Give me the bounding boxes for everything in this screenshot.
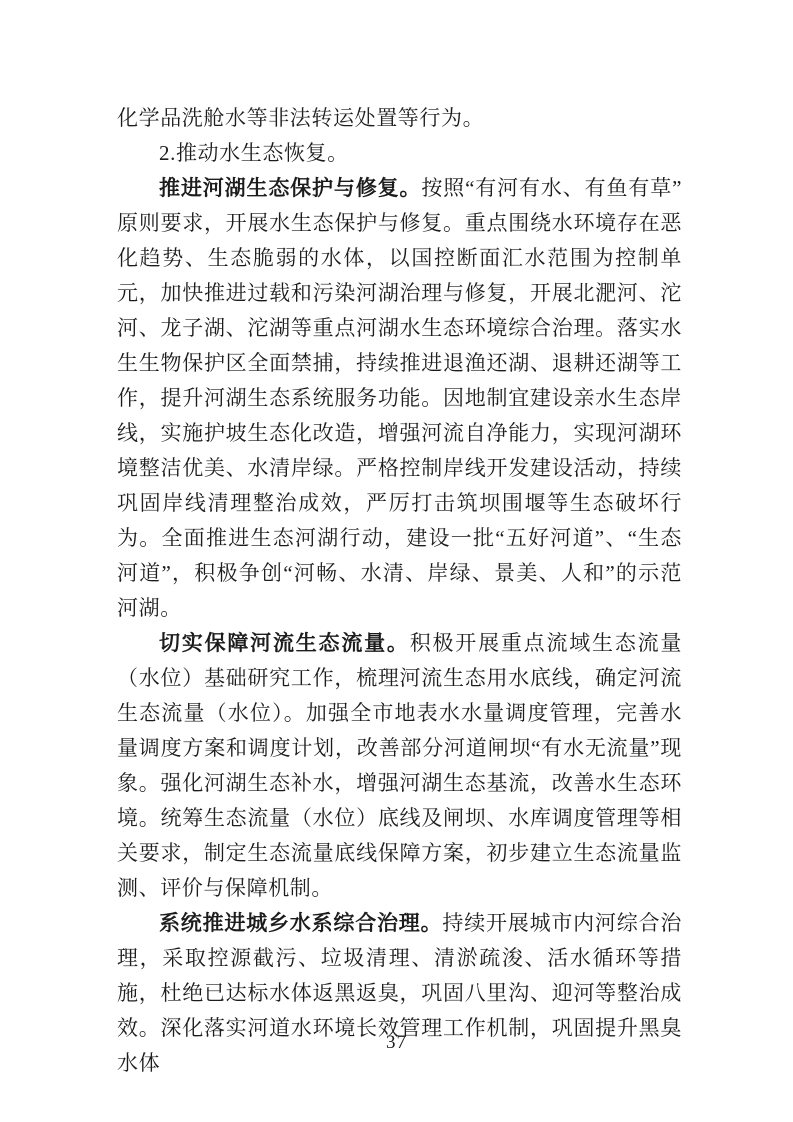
- paragraph-river-lake-protection-lead: 推进河湖生态保护与修复。: [159, 176, 421, 200]
- paragraph-urban-rural-water-lead: 系统推进城乡水系综合治理。: [159, 911, 442, 935]
- document-page: 化学品洗舱水等非法转运处置等行为。 2.推动水生态恢复。 推进河湖生态保护与修复…: [0, 0, 793, 1122]
- page-number: 37: [0, 1032, 793, 1054]
- paragraph-continuation-text: 化学品洗舱水等非法转运处置等行为。: [117, 106, 484, 130]
- paragraph-river-lake-protection: 推进河湖生态保护与修复。按照“有河有水、有鱼有草”原则要求，开展水生态保护与修复…: [117, 171, 682, 626]
- paragraph-continuation: 化学品洗舱水等非法转运处置等行为。: [117, 101, 682, 136]
- paragraph-ecological-flow-text: 积极开展重点流域生态流量（水位）基础研究工作，梳理河流生态用水底线，确定河流生态…: [117, 631, 682, 900]
- paragraph-river-lake-protection-text: 按照“有河有水、有鱼有草”原则要求，开展水生态保护与修复。重点围绕水环境存在恶化…: [117, 176, 682, 620]
- paragraph-section-heading-text: 2.推动水生态恢复。: [159, 141, 349, 165]
- paragraph-ecological-flow-lead: 切实保障河流生态流量。: [159, 631, 410, 655]
- paragraph-urban-rural-water: 系统推进城乡水系综合治理。持续开展城市内河综合治理，采取控源截污、垃圾清理、清淤…: [117, 906, 682, 1081]
- paragraph-section-heading: 2.推动水生态恢复。: [117, 136, 682, 171]
- document-body: 化学品洗舱水等非法转运处置等行为。 2.推动水生态恢复。 推进河湖生态保护与修复…: [117, 101, 682, 1081]
- paragraph-ecological-flow: 切实保障河流生态流量。积极开展重点流域生态流量（水位）基础研究工作，梳理河流生态…: [117, 626, 682, 906]
